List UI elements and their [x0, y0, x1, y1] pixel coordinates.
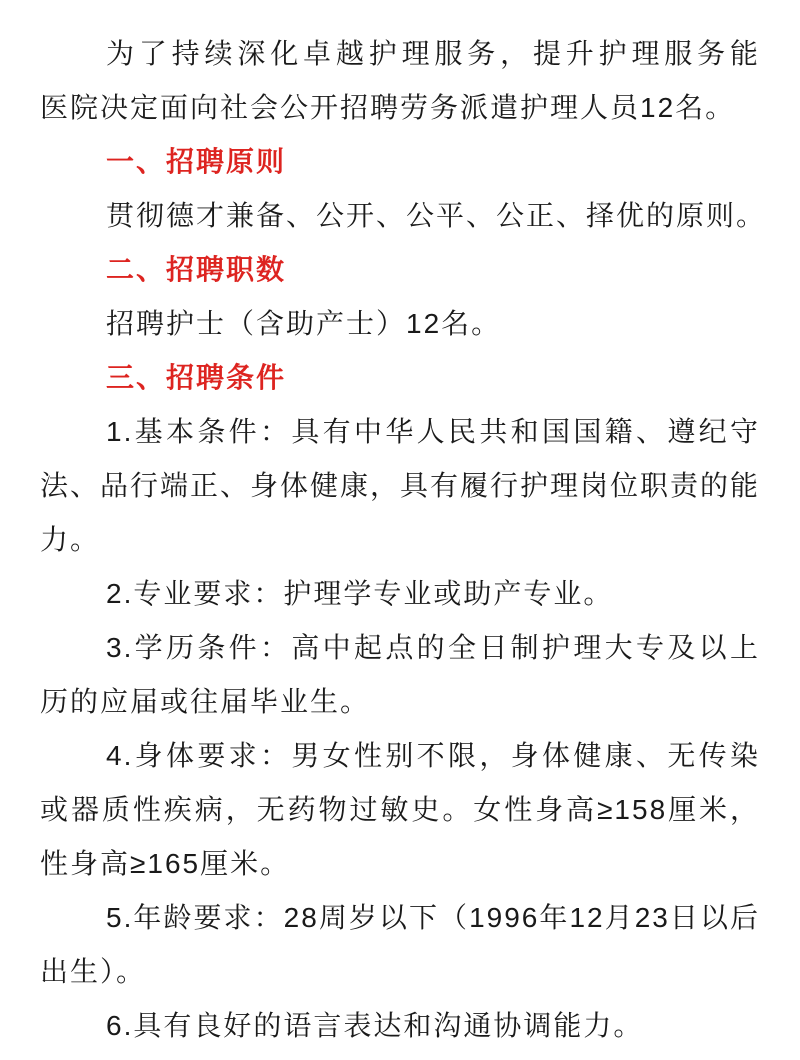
paragraph-line: 医院决定面向社会公开招聘劳务派遣护理人员12名。 — [40, 81, 760, 135]
paragraph-line: 历的应届或往届毕业生。 — [40, 675, 760, 729]
paragraph-line: 或器质性疾病，无药物过敏史。女性身高≥158厘米，男 — [40, 783, 760, 837]
paragraph-line: 6.具有良好的语言表达和沟通协调能力。 — [40, 999, 760, 1053]
recruitment-notice-page: 为了持续深化卓越护理服务，提升护理服务能力，医院决定面向社会公开招聘劳务派遣护理… — [0, 0, 800, 1060]
section-heading: 三、招聘条件 — [40, 351, 760, 405]
paragraph-line: 1.基本条件：具有中华人民共和国国籍、遵纪守 — [40, 405, 760, 459]
paragraph-line: 招聘护士（含助产士）12名。 — [40, 297, 760, 351]
document-body: 为了持续深化卓越护理服务，提升护理服务能力，医院决定面向社会公开招聘劳务派遣护理… — [0, 0, 800, 1060]
paragraph-line: 出生）。 — [40, 945, 760, 999]
paragraph-line: 4.身体要求：男女性别不限，身体健康、无传染性 — [40, 729, 760, 783]
paragraph-line: 2.专业要求：护理学专业或助产专业。 — [40, 567, 760, 621]
paragraph-line: 5.年龄要求：28周岁以下（1996年12月23日以后 — [40, 891, 760, 945]
paragraph-line: 贯彻德才兼备、公开、公平、公正、择优的原则。 — [40, 189, 760, 243]
section-heading: 一、招聘原则 — [40, 135, 760, 189]
paragraph-line: 为了持续深化卓越护理服务，提升护理服务能力， — [40, 27, 760, 81]
paragraph-line: 性身高≥165厘米。 — [40, 837, 760, 891]
paragraph-line: 3.学历条件：高中起点的全日制护理大专及以上学 — [40, 621, 760, 675]
paragraph-line: 法、品行端正、身体健康，具有履行护理岗位职责的能 — [40, 459, 760, 513]
section-heading: 二、招聘职数 — [40, 243, 760, 297]
paragraph-line: 力。 — [40, 513, 760, 567]
